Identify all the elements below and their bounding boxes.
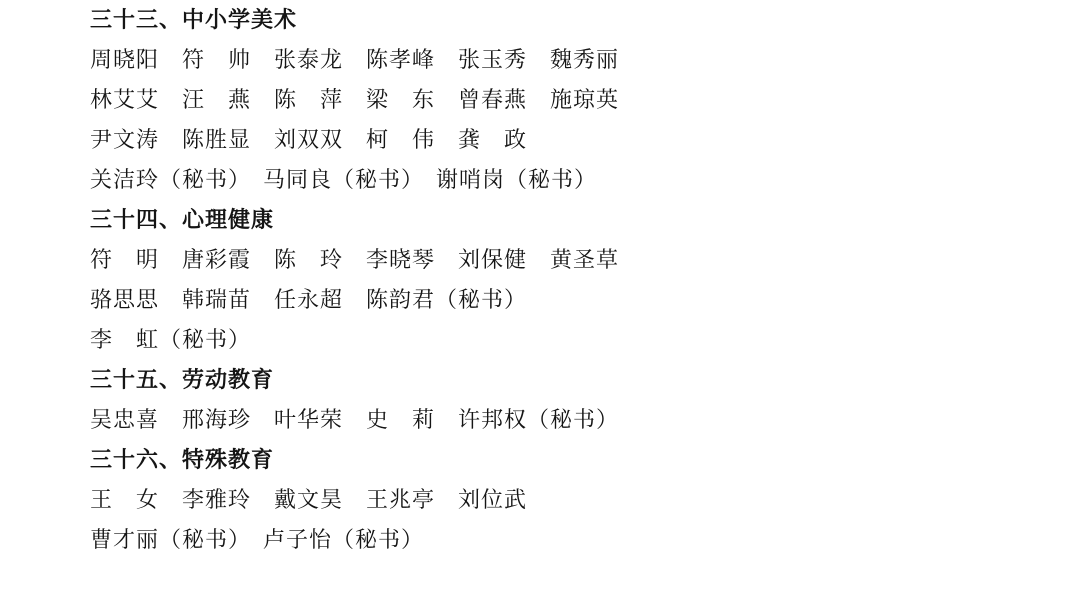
- section-heading: 三十三、中小学美术: [90, 0, 990, 40]
- section-33-art: 三十三、中小学美术 周晓阳 符 帅 张泰龙 陈孝峰 张玉秀 魏秀丽 林艾艾 汪 …: [90, 0, 990, 200]
- name-line: 关洁玲（秘书） 马同良（秘书） 谢哨岗（秘书）: [90, 160, 990, 200]
- name-line: 周晓阳 符 帅 张泰龙 陈孝峰 张玉秀 魏秀丽: [90, 40, 990, 80]
- name-line: 骆思思 韩瑞苗 任永超 陈韵君（秘书）: [90, 280, 990, 320]
- document-page: 三十三、中小学美术 周晓阳 符 帅 张泰龙 陈孝峰 张玉秀 魏秀丽 林艾艾 汪 …: [0, 0, 1080, 607]
- name-line: 林艾艾 汪 燕 陈 萍 梁 东 曾春燕 施琼英: [90, 80, 990, 120]
- name-line: 符 明 唐彩霞 陈 玲 李晓琴 刘保健 黄圣草: [90, 240, 990, 280]
- name-line: 吴忠喜 邢海珍 叶华荣 史 莉 许邦权（秘书）: [90, 400, 990, 440]
- section-34-mental-health: 三十四、心理健康 符 明 唐彩霞 陈 玲 李晓琴 刘保健 黄圣草 骆思思 韩瑞苗…: [90, 200, 990, 360]
- section-heading: 三十四、心理健康: [90, 200, 990, 240]
- section-36-special-education: 三十六、特殊教育 王 女 李雅玲 戴文昊 王兆亭 刘位武 曹才丽（秘书） 卢子怡…: [90, 440, 990, 560]
- text-block: 三十三、中小学美术 周晓阳 符 帅 张泰龙 陈孝峰 张玉秀 魏秀丽 林艾艾 汪 …: [90, 0, 990, 560]
- name-line: 尹文涛 陈胜显 刘双双 柯 伟 龚 政: [90, 120, 990, 160]
- section-35-labor-education: 三十五、劳动教育 吴忠喜 邢海珍 叶华荣 史 莉 许邦权（秘书）: [90, 360, 990, 440]
- name-line: 曹才丽（秘书） 卢子怡（秘书）: [90, 520, 990, 560]
- section-heading: 三十五、劳动教育: [90, 360, 990, 400]
- name-line: 李 虹（秘书）: [90, 320, 990, 360]
- name-line: 王 女 李雅玲 戴文昊 王兆亭 刘位武: [90, 480, 990, 520]
- section-heading: 三十六、特殊教育: [90, 440, 990, 480]
